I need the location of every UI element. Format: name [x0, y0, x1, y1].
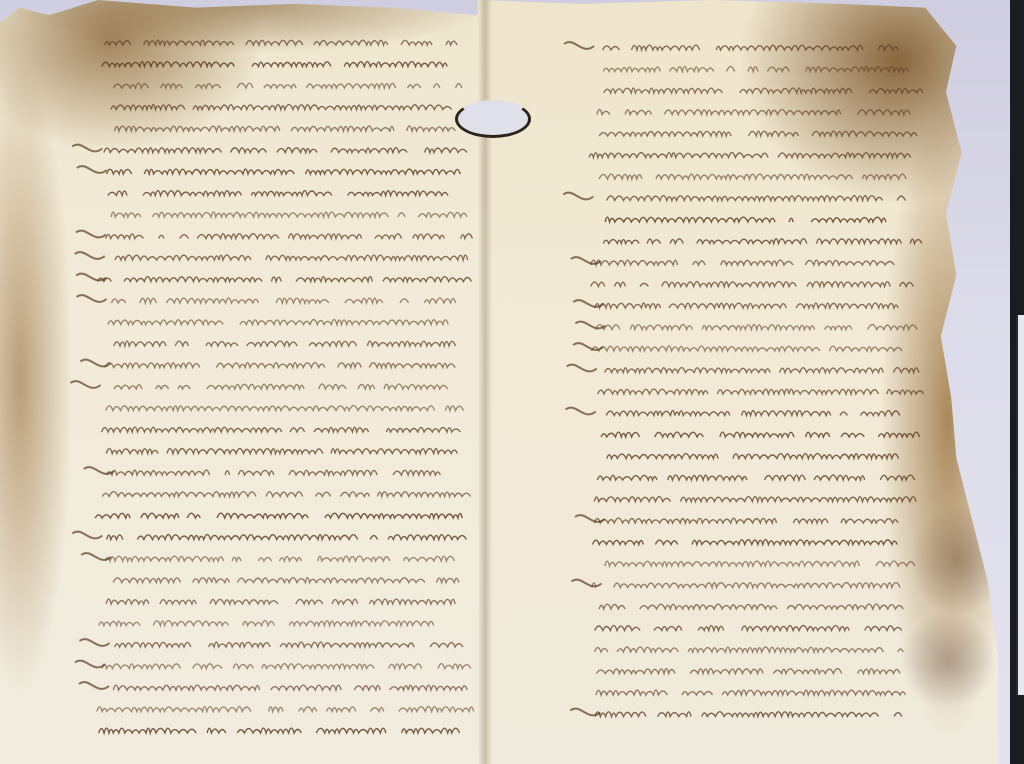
- handwriting-line: [105, 363, 455, 368]
- handwriting-line: [105, 556, 471, 561]
- handwriting-line: [108, 320, 448, 325]
- handwriting-line: [115, 255, 468, 260]
- handwriting-line: [596, 669, 900, 674]
- handwriting-line: [597, 110, 920, 115]
- flourish-stroke: [79, 682, 109, 689]
- manuscript-right-page: [478, 0, 998, 764]
- handwriting-line: [99, 621, 451, 626]
- handwriting-line: [607, 454, 899, 459]
- handwriting-line: [594, 497, 916, 502]
- handwriting-line: [114, 341, 456, 346]
- handwriting-line: [605, 368, 919, 373]
- flourish-stroke: [564, 42, 594, 49]
- handwriting-line: [599, 174, 906, 179]
- handwriting-line: [98, 277, 472, 282]
- handwriting-line: [593, 540, 913, 545]
- flourish-stroke: [80, 639, 110, 646]
- flourish-stroke: [76, 231, 106, 238]
- handwriting-line: [97, 707, 474, 712]
- handwriting-line: [106, 470, 454, 475]
- flourish-stroke: [573, 343, 603, 350]
- handwriting-line: [603, 67, 908, 72]
- handwriting-line: [606, 411, 900, 416]
- handwriting-line: [596, 690, 916, 695]
- handwriting-line: [604, 88, 931, 93]
- flourish-stroke: [77, 166, 107, 173]
- flourish-stroke: [567, 365, 597, 372]
- handwriting-line: [115, 126, 466, 131]
- paper-tear-hole: [455, 100, 531, 138]
- flourish-stroke: [570, 709, 600, 716]
- handwriting-line: [102, 62, 447, 67]
- handwriting-line: [106, 406, 464, 411]
- handwriting-line: [607, 196, 906, 201]
- handwriting-line: [95, 513, 462, 518]
- handwriting-line: [113, 685, 467, 690]
- flourish-stroke: [573, 300, 603, 307]
- flourish-stroke: [75, 252, 105, 259]
- handwriting-line: [603, 45, 908, 50]
- handwriting-line: [102, 664, 471, 669]
- handwriting-line: [104, 148, 467, 153]
- handwriting-line: [591, 346, 902, 351]
- handwriting-line: [106, 234, 473, 239]
- handwriting-line: [115, 642, 463, 647]
- flourish-stroke: [72, 145, 102, 152]
- handwriting-line: [106, 599, 455, 604]
- flourish-stroke: [84, 467, 114, 474]
- screen-edge: [1010, 0, 1024, 764]
- handwriting-line: [113, 83, 461, 88]
- flourish-stroke: [71, 381, 101, 388]
- handwriting-line: [99, 728, 470, 733]
- flourish-stroke: [76, 274, 106, 281]
- handwriting-line: [605, 561, 915, 566]
- handwriting-line: [107, 169, 461, 174]
- handwriting-line: [591, 260, 907, 265]
- handwriting-line: [107, 535, 467, 540]
- handwriting-line: [111, 105, 452, 110]
- flourish-stroke: [563, 193, 593, 200]
- handwriting-line: [595, 647, 904, 652]
- flourish-stroke: [77, 295, 107, 302]
- handwriting-line: [102, 492, 470, 497]
- handwriting-line: [603, 239, 922, 244]
- handwriting-line: [114, 384, 461, 389]
- flourish-stroke: [571, 580, 601, 587]
- flourish-stroke: [72, 532, 102, 539]
- handwriting-line: [105, 40, 473, 45]
- handwriting-line: [605, 217, 902, 222]
- handwriting-line: [595, 626, 902, 631]
- flourish-stroke: [80, 360, 110, 367]
- flourish-stroke: [571, 257, 601, 264]
- handwriting-line: [108, 191, 461, 196]
- handwriting-line: [112, 298, 456, 303]
- flourish-stroke: [566, 408, 596, 415]
- handwriting-line: [601, 432, 920, 437]
- handwriting-line: [595, 303, 898, 308]
- handwriting-line: [589, 153, 911, 158]
- handwriting-line: [102, 427, 461, 432]
- handwriting-lines-right: [478, 0, 998, 764]
- manuscript-left-page: [0, 0, 490, 764]
- handwriting-line: [592, 583, 900, 588]
- handwriting-line: [111, 212, 485, 217]
- screen-panel: [1016, 315, 1024, 695]
- handwriting-line: [595, 325, 917, 330]
- handwriting-line: [598, 389, 924, 394]
- handwriting-line: [591, 282, 913, 287]
- handwriting-line: [597, 475, 927, 480]
- handwriting-line: [594, 518, 897, 523]
- handwriting-line: [113, 578, 459, 583]
- handwriting-lines-left: [0, 0, 490, 764]
- handwriting-line: [595, 712, 910, 717]
- handwriting-line: [599, 604, 903, 609]
- flourish-stroke: [575, 515, 605, 522]
- flourish-stroke: [81, 553, 111, 560]
- flourish-stroke: [75, 661, 105, 668]
- handwriting-line: [599, 131, 917, 136]
- handwriting-line: [106, 449, 457, 454]
